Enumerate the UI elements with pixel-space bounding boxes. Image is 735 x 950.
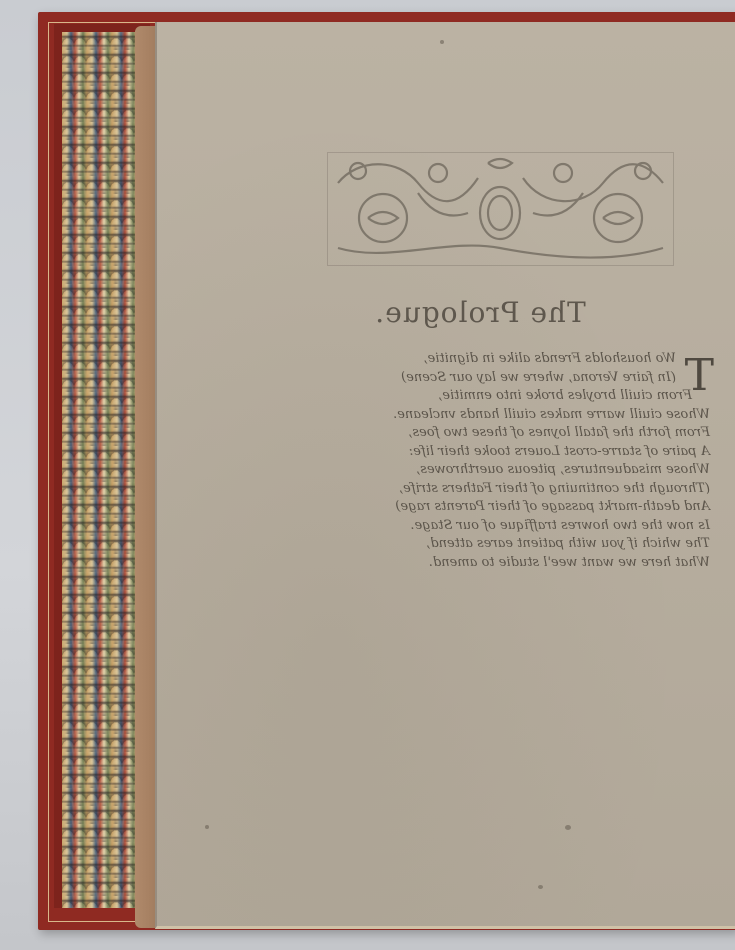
text-line: (In faire Verona, where we lay our Scene… — [330, 369, 710, 388]
text-line: Is now the two howres traffique of our S… — [330, 517, 710, 536]
drop-cap: T — [685, 350, 714, 401]
text-line: A paire of starre-crost Louers tooke the… — [330, 443, 710, 462]
paper-blemish — [440, 40, 444, 44]
text-line: (Through the continuing of their Fathers… — [330, 480, 710, 499]
text-line: And death-markt passage of their Parents… — [330, 498, 710, 517]
paper-blemish — [205, 825, 209, 829]
paper-blemish — [538, 885, 543, 889]
ornament-icon — [328, 153, 673, 265]
text-line: Whose ciuill warre makes ciuill hands vn… — [330, 406, 710, 425]
text-line: Wo housholds Frends alike in dignitie, — [330, 350, 710, 369]
text-line: Whose misaduentures, piteous ouerthrowes… — [330, 461, 710, 480]
text-line: The which if you with patient eares atte… — [330, 535, 710, 554]
woodcut-headpiece-ornament — [327, 152, 674, 266]
page-title: The Prologue. — [360, 296, 600, 329]
text-line: What here we want wee'l studie to amend. — [330, 554, 710, 573]
marbled-endpaper — [62, 32, 138, 908]
text-line: From ciuill broyles broke into enmitie, — [330, 387, 710, 406]
text-line: From forth the fatall loynes of these tw… — [330, 424, 710, 443]
paper-blemish — [565, 825, 571, 830]
prologue-text: T Wo housholds Frends alike in dignitie,… — [330, 350, 710, 572]
